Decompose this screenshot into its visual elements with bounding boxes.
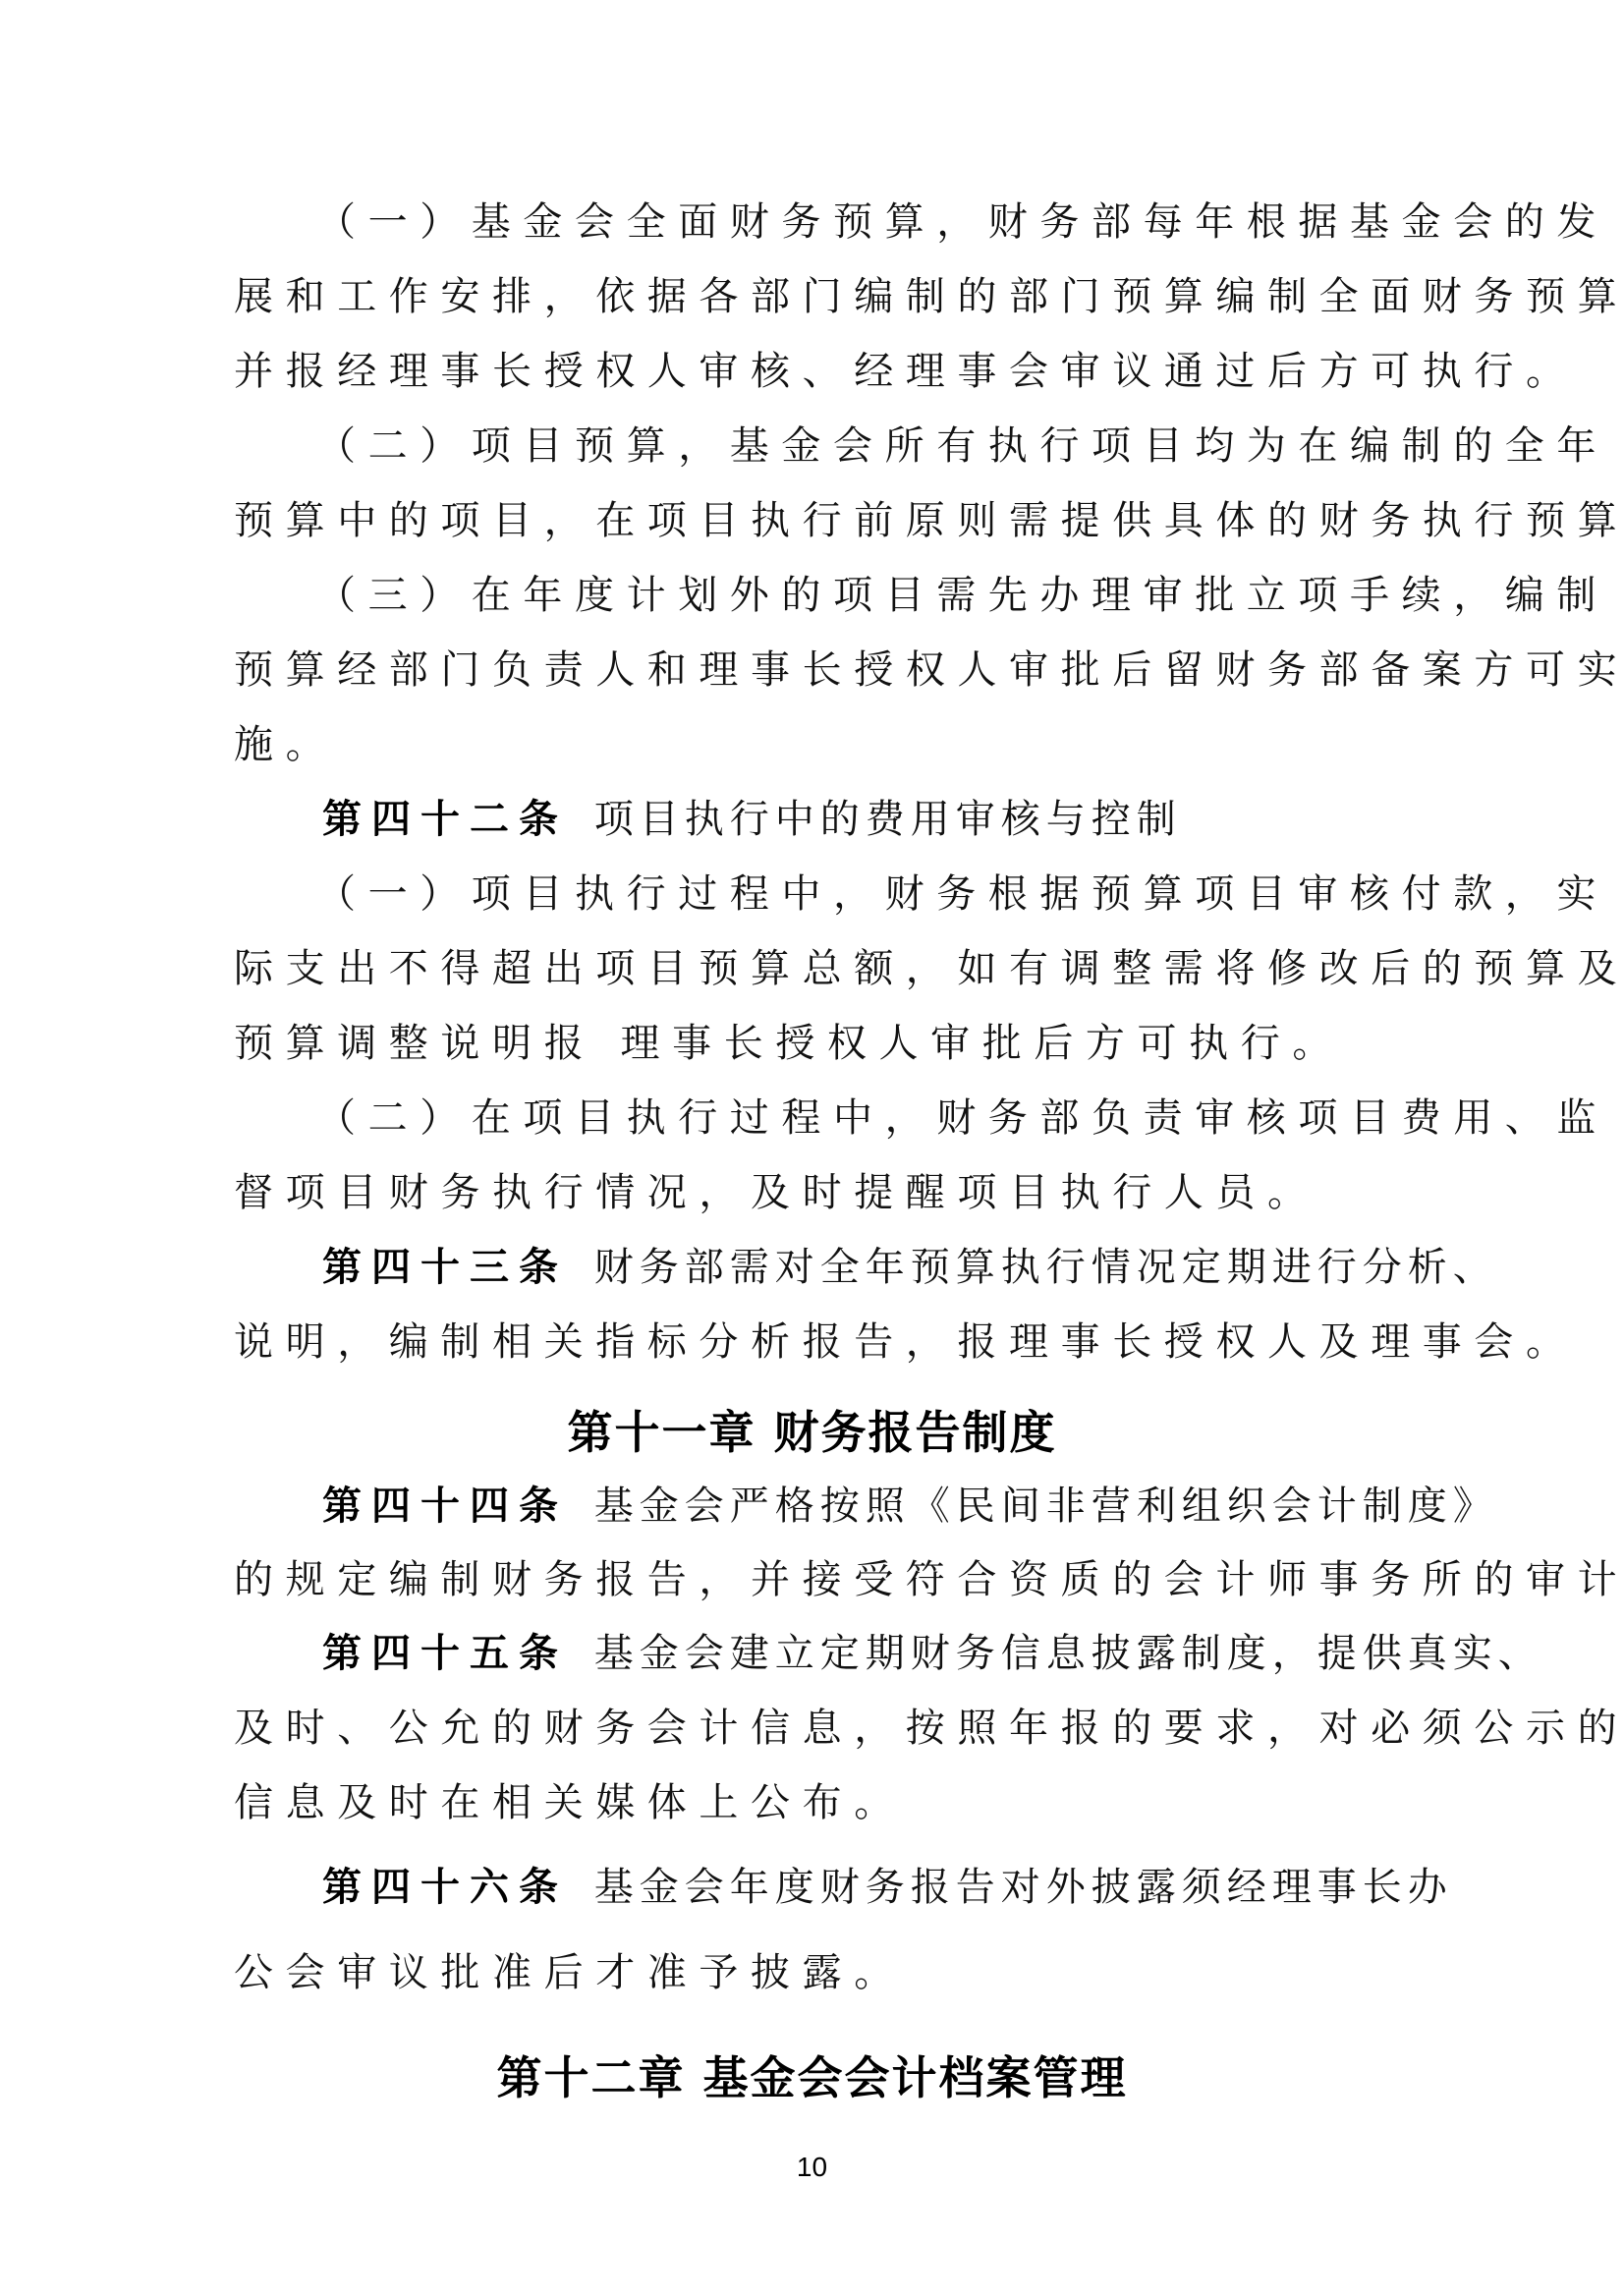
chapter-heading-12: 第十二章 基金会会计档案管理 — [0, 2046, 1624, 2109]
paragraph-line: 际支出不得超出项目预算总额，如有调整需将修改后的预算及 — [234, 939, 1393, 998]
document-page: （一）基金会全面财务预算，财务部每年根据基金会的发 展和工作安排，依据各部门编制… — [0, 0, 1624, 2296]
article-42: 第四十二条 项目执行中的费用审核与控制 — [322, 790, 1482, 849]
article-44-lead: 第四十四条 — [322, 1484, 568, 1529]
article-44-text: 基金会严格按照《民间非营利组织会计制度》 — [594, 1484, 1498, 1529]
paragraph-line: 施。 — [234, 715, 1393, 774]
paragraph-line: 信息及时在相关媒体上公布。 — [234, 1773, 1393, 1832]
paragraph-line: （一）项目执行过程中，财务根据预算项目审核付款，实 — [316, 865, 1476, 924]
paragraph-line: 及时、公允的财务会计信息，按照年报的要求，对必须公示的 — [234, 1699, 1393, 1758]
paragraph-line: 展和工作安排，依据各部门编制的部门预算编制全面财务预算， — [234, 267, 1393, 326]
article-45-lead: 第四十五条 — [322, 1631, 568, 1676]
paragraph-line: 公会审议批准后才准予披露。 — [234, 1943, 1393, 2002]
article-45: 第四十五条 基金会建立定期财务信息披露制度，提供真实、 — [322, 1624, 1482, 1683]
article-42-title: 项目执行中的费用审核与控制 — [594, 797, 1182, 842]
paragraph-line: （二）在项目执行过程中，财务部负责审核项目费用、监 — [316, 1089, 1476, 1148]
paragraph-line: 并报经理事长授权人审核、经理事会审议通过后方可执行。 — [234, 342, 1393, 401]
article-46-lead: 第四十六条 — [322, 1865, 568, 1910]
article-42-lead: 第四十二条 — [322, 797, 568, 842]
article-43-lead: 第四十三条 — [322, 1245, 568, 1290]
article-44: 第四十四条 基金会严格按照《民间非营利组织会计制度》 — [322, 1477, 1482, 1536]
paragraph-line: （一）基金会全面财务预算，财务部每年根据基金会的发 — [316, 193, 1476, 252]
paragraph-line: 说明，编制相关指标分析报告，报理事长授权人及理事会。 — [234, 1313, 1393, 1372]
paragraph-line: （二）项目预算，基金会所有执行项目均为在编制的全年 — [316, 417, 1476, 476]
article-46: 第四十六条 基金会年度财务报告对外披露须经理事长办 — [322, 1858, 1482, 1917]
paragraph-line: 督项目财务执行情况，及时提醒项目执行人员。 — [234, 1163, 1393, 1222]
paragraph-line: 预算调整说明报 理事长授权人审批后方可执行。 — [234, 1014, 1393, 1073]
article-43-text: 财务部需对全年预算执行情况定期进行分析、 — [594, 1245, 1498, 1290]
chapter-heading-11: 第十一章 财务报告制度 — [0, 1401, 1624, 1464]
article-45-text: 基金会建立定期财务信息披露制度，提供真实、 — [594, 1631, 1543, 1676]
page-number: 10 — [0, 2152, 1624, 2183]
paragraph-line: 的规定编制财务报告，并接受符合资质的会计师事务所的审计。 — [234, 1550, 1393, 1609]
article-43: 第四十三条 财务部需对全年预算执行情况定期进行分析、 — [322, 1238, 1482, 1297]
paragraph-line: （三）在年度计划外的项目需先办理审批立项手续，编制 — [316, 566, 1476, 625]
article-46-text: 基金会年度财务报告对外披露须经理事长办 — [594, 1865, 1453, 1910]
paragraph-line: 预算经部门负责人和理事长授权人审批后留财务部备案方可实 — [234, 641, 1393, 700]
paragraph-line: 预算中的项目，在项目执行前原则需提供具体的财务执行预算。 — [234, 491, 1393, 550]
